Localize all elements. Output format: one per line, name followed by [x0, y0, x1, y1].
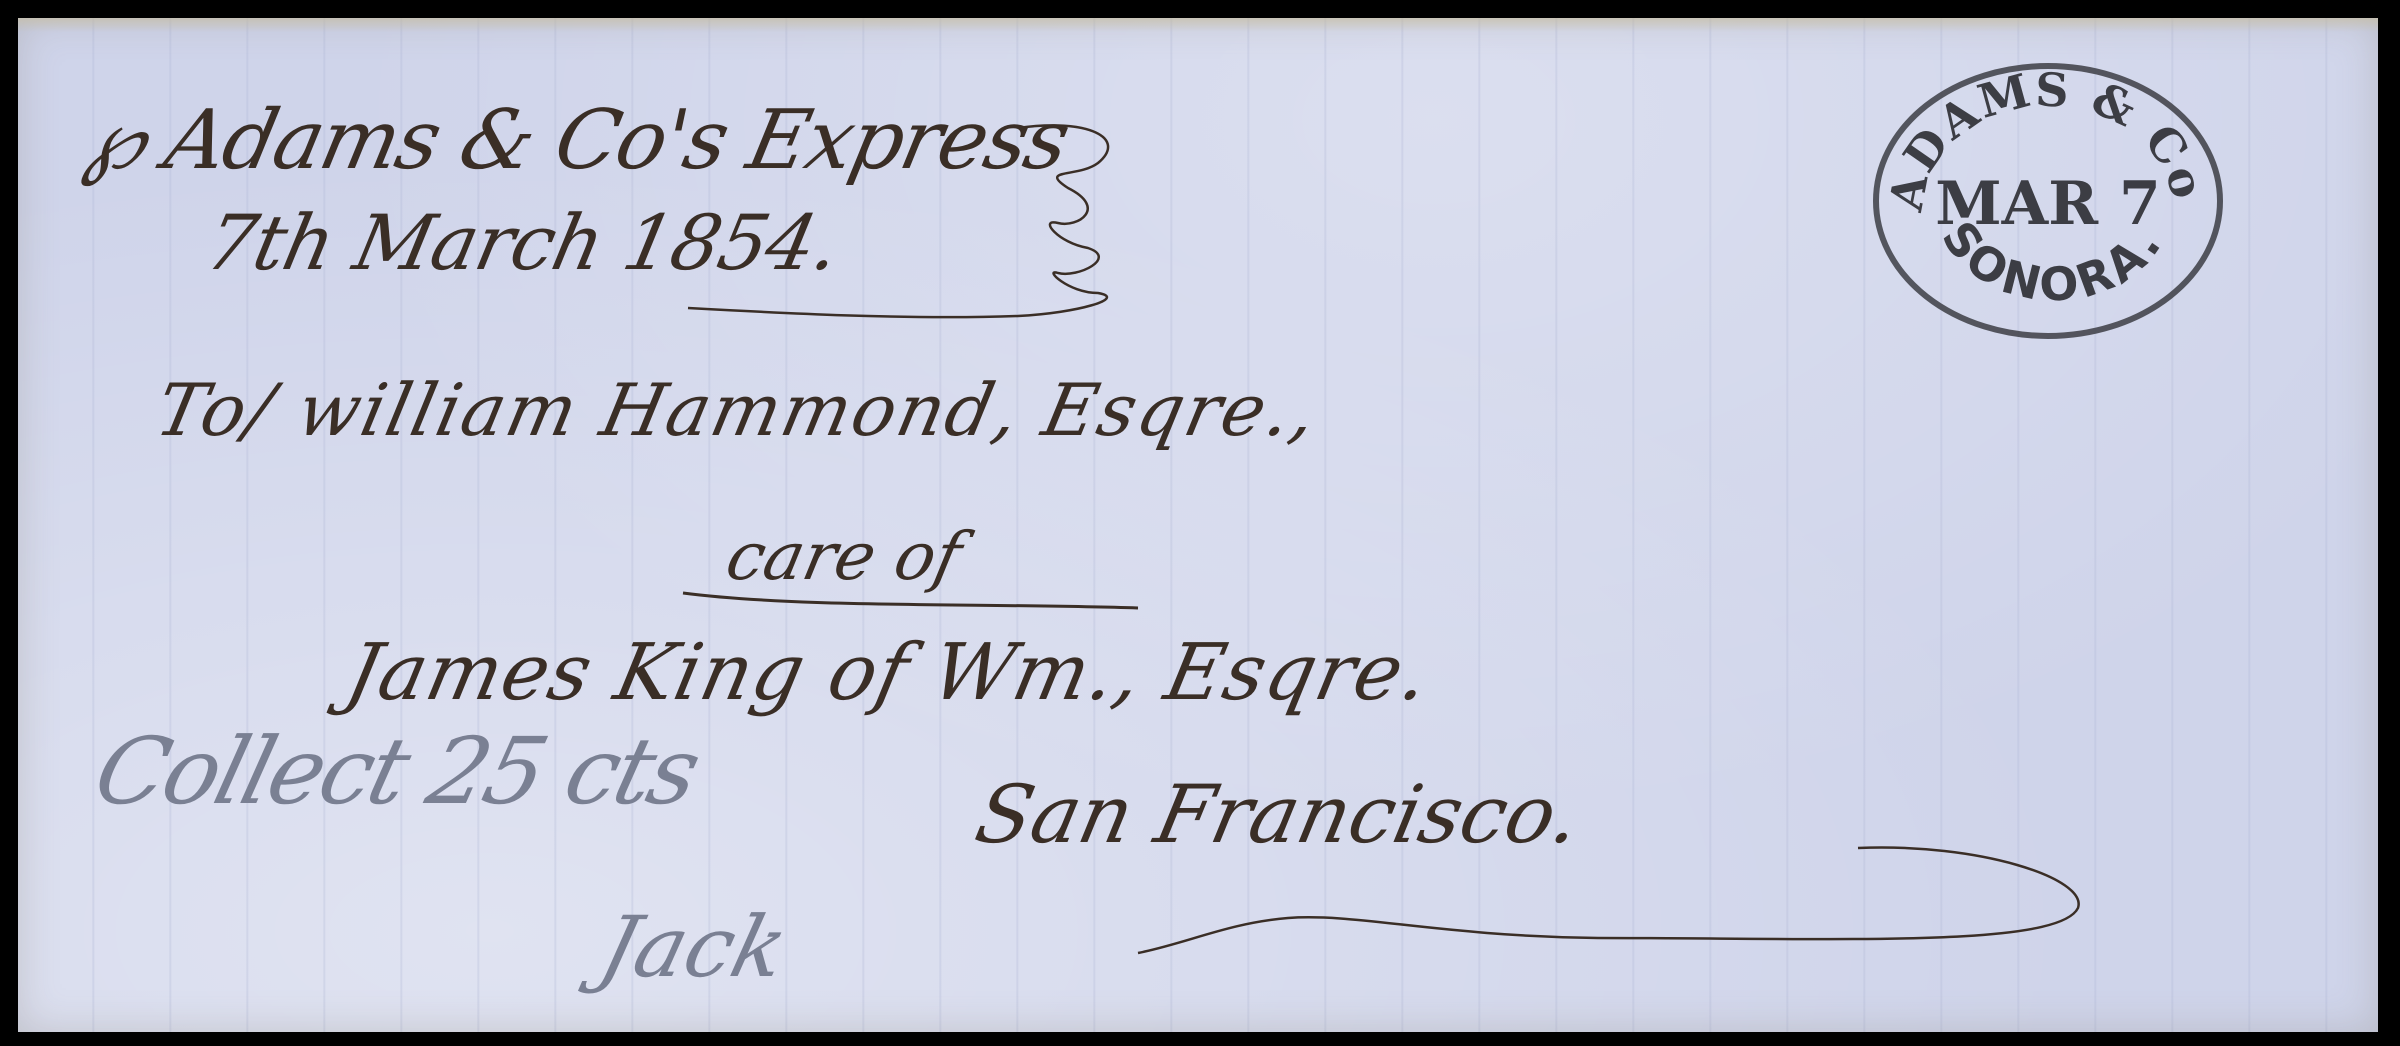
envelope-cover: ℘ Adams & Co's Express 7th March 1854. T… — [18, 18, 2378, 1032]
pencil-signature: Jack — [591, 898, 797, 996]
city-flourish — [1078, 818, 2128, 968]
pencil-collect-notation: Collect 25 cts — [85, 718, 709, 825]
care-of-underline — [678, 583, 1148, 623]
addressee-line: To/ william Hammond, Esqre., — [149, 368, 1326, 452]
paper-edge-toning — [18, 18, 2378, 32]
oval-handstamp: ADAMS & Co MAR 7 SONORA. — [1868, 56, 2228, 346]
endorsement-flourish — [658, 108, 1178, 338]
care-of-name-line: James King of Wm., Esqre. — [338, 628, 1437, 718]
